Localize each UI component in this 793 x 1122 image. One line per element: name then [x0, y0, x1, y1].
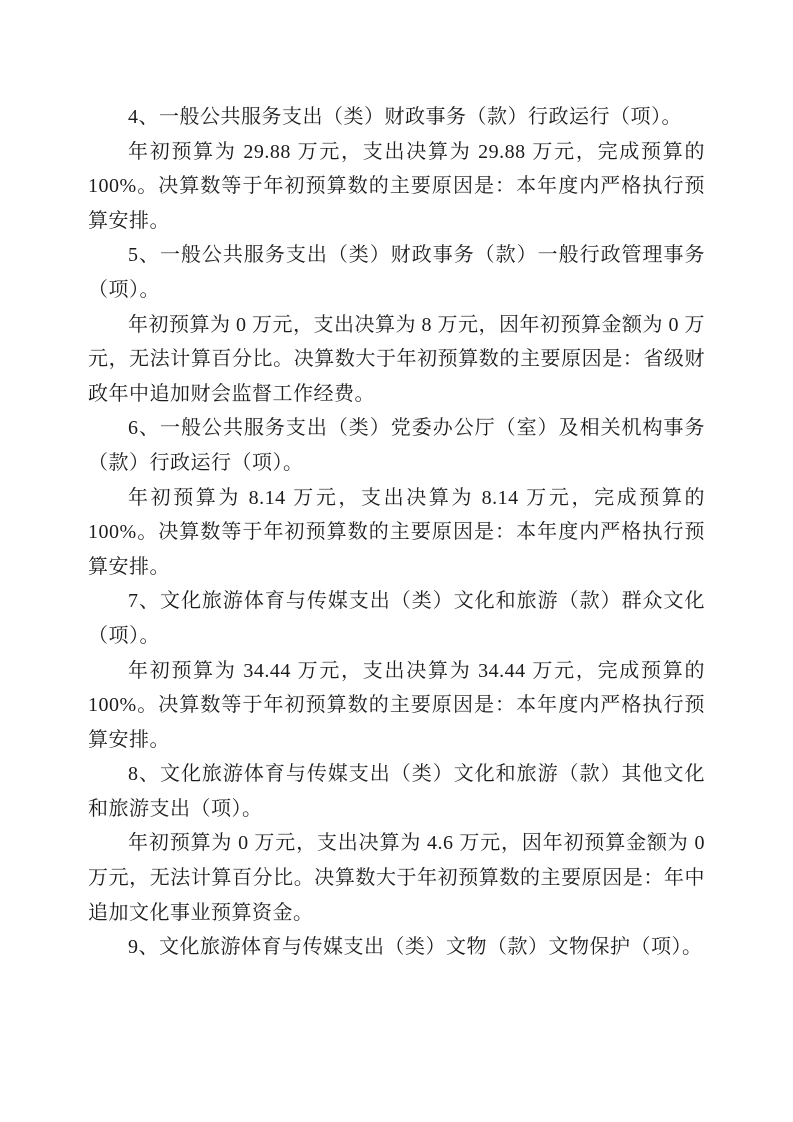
paragraph-body-7: 年初预算为 34.44 万元，支出决算为 34.44 万元，完成预算的 100%… — [88, 654, 705, 758]
paragraph-body-5: 年初预算为 0 万元，支出决算为 8 万元，因年初预算金额为 0 万元，无法计算… — [88, 308, 705, 412]
paragraph-body-4: 年初预算为 29.88 万元，支出决算为 29.88 万元，完成预算的 100%… — [88, 135, 705, 239]
paragraph-item-heading-6: 6、一般公共服务支出（类）党委办公厅（室）及相关机构事务（款）行政运行（项）。 — [88, 411, 705, 480]
paragraph-item-heading-5: 5、一般公共服务支出（类）财政事务（款）一般行政管理事务（项）。 — [88, 238, 705, 307]
paragraph-item-heading-7: 7、文化旅游体育与传媒支出（类）文化和旅游（款）群众文化（项）。 — [88, 584, 705, 653]
paragraph-item-heading-4: 4、一般公共服务支出（类）财政事务（款）行政运行（项）。 — [88, 100, 705, 135]
paragraph-item-heading-9: 9、文化旅游体育与传媒支出（类）文物（款）文物保护（项）。 — [88, 930, 705, 965]
paragraph-body-6: 年初预算为 8.14 万元，支出决算为 8.14 万元，完成预算的 100%。决… — [88, 481, 705, 585]
document-page: 4、一般公共服务支出（类）财政事务（款）行政运行（项）。 年初预算为 29.88… — [0, 0, 793, 1122]
paragraph-body-8: 年初预算为 0 万元，支出决算为 4.6 万元，因年初预算金额为 0 万元，无法… — [88, 826, 705, 930]
paragraph-item-heading-8: 8、文化旅游体育与传媒支出（类）文化和旅游（款）其他文化和旅游支出（项）。 — [88, 757, 705, 826]
